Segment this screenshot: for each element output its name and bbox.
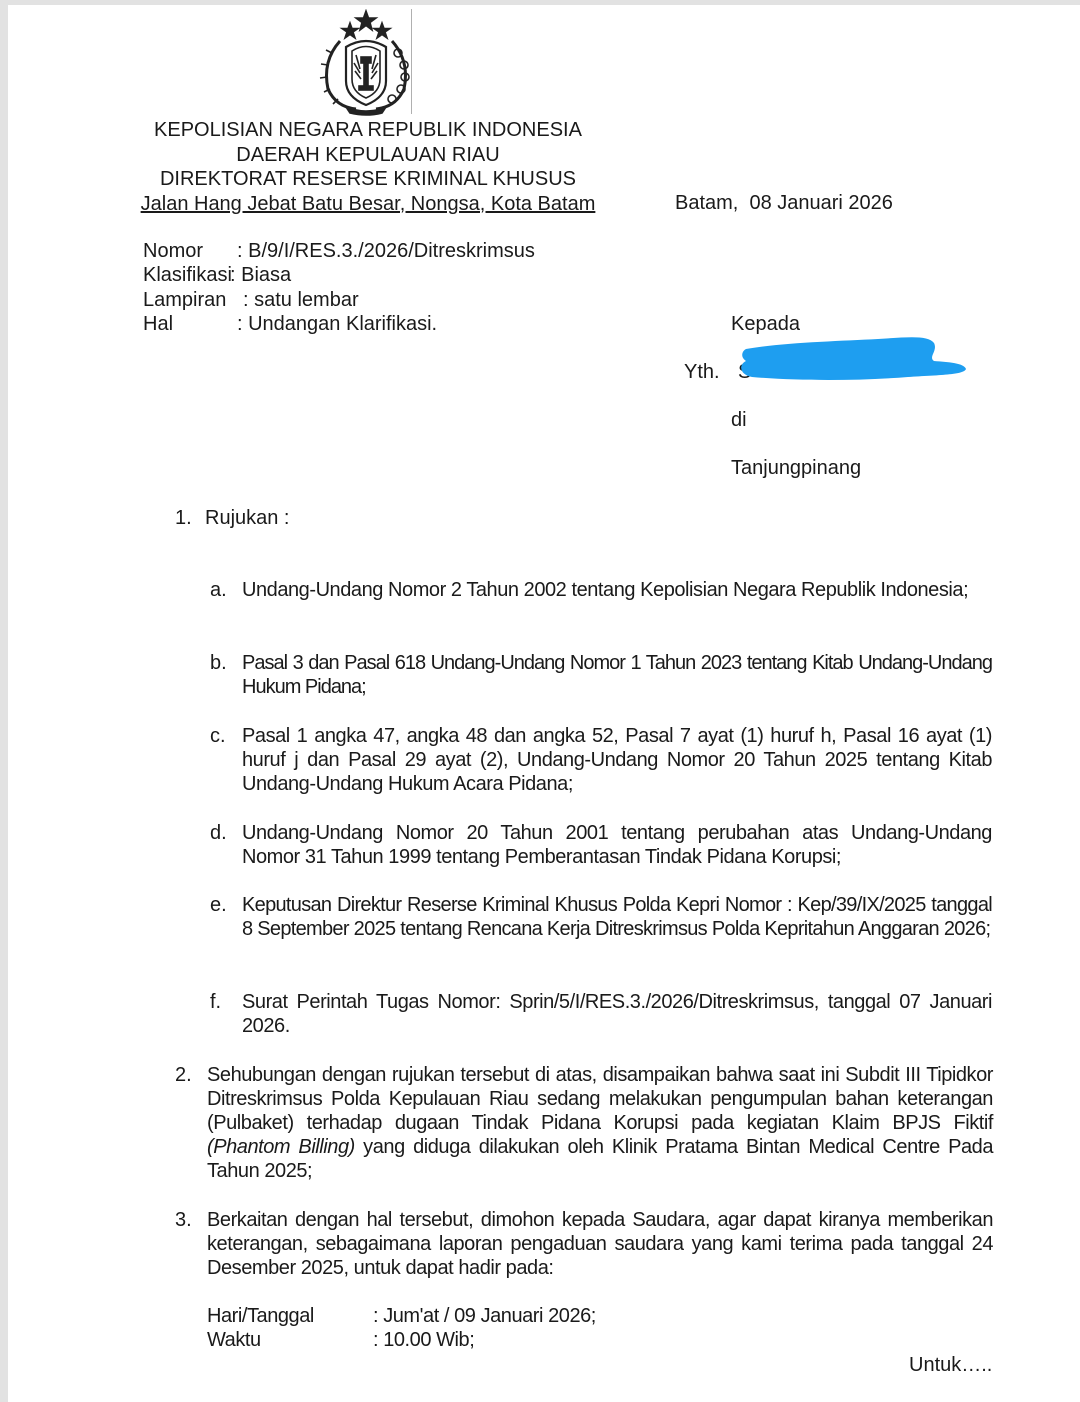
ref-b-marker: b. bbox=[210, 651, 227, 675]
ref-c-text: Pasal 1 angka 47, angka 48 dan angka 52,… bbox=[242, 724, 992, 796]
meta-label-lampiran: Lampiran bbox=[143, 288, 226, 312]
meta-label-hal: Hal bbox=[143, 312, 173, 336]
section-2-text-a: Sehubungan dengan rujukan tersebut di at… bbox=[207, 1064, 993, 1134]
schedule-value-date: : Jum'at / 09 Januari 2026; bbox=[373, 1304, 596, 1328]
letter-page: KEPOLISIAN NEGARA REPUBLIK INDONESIA DAE… bbox=[8, 5, 1080, 1402]
section-2-text: Sehubungan dengan rujukan tersebut di at… bbox=[207, 1063, 993, 1183]
place-date: Batam, 08 Januari 2026 bbox=[675, 191, 893, 215]
org-address: Jalan Hang Jebat Batu Besar, Nongsa, Kot… bbox=[138, 192, 598, 217]
schedule-value-time: : 10.00 Wib; bbox=[373, 1328, 474, 1352]
recipient-kepada: Kepada bbox=[731, 312, 800, 336]
recipient-yth: Yth. bbox=[684, 360, 720, 384]
section-2-marker: 2. bbox=[175, 1063, 192, 1087]
meta-label-nomor: Nomor bbox=[143, 239, 203, 263]
recipient-name-redaction bbox=[738, 335, 968, 383]
section-2-italic: (Phantom Billing) bbox=[207, 1136, 355, 1158]
ref-e-text: Keputusan Direktur Reserse Kriminal Khus… bbox=[242, 893, 992, 941]
org-name-line-3: DIREKTORAT RESERSE KRIMINAL KHUSUS bbox=[138, 167, 598, 192]
recipient-city: Tanjungpinang bbox=[731, 456, 861, 480]
meta-value-klasifikasi: : Biasa bbox=[230, 263, 291, 287]
meta-value-nomor: : B/9/I/RES.3./2026/Ditreskrimsus bbox=[237, 239, 535, 263]
police-emblem-icon bbox=[306, 9, 426, 117]
schedule-label-date: Hari/Tanggal bbox=[207, 1304, 314, 1328]
ref-f-marker: f. bbox=[210, 990, 221, 1014]
recipient-di: di bbox=[731, 408, 747, 432]
ref-d-marker: d. bbox=[210, 821, 227, 845]
ref-f-text: Surat Perintah Tugas Nomor: Sprin/5/I/RE… bbox=[242, 990, 992, 1038]
meta-value-hal: : Undangan Klarifikasi. bbox=[237, 312, 437, 336]
meta-label-klasifikasi: Klasifikasi bbox=[143, 263, 232, 287]
section-3-marker: 3. bbox=[175, 1208, 192, 1232]
continuation-marker: Untuk….. bbox=[909, 1353, 992, 1377]
section-1-title: Rujukan : bbox=[205, 506, 290, 530]
ref-a-marker: a. bbox=[210, 578, 227, 602]
meta-value-lampiran: : satu lembar bbox=[243, 288, 359, 312]
ref-c-marker: c. bbox=[210, 724, 226, 748]
ref-d-text: Undang-Undang Nomor 20 Tahun 2001 tentan… bbox=[242, 821, 992, 869]
org-name-line-1: KEPOLISIAN NEGARA REPUBLIK INDONESIA bbox=[138, 118, 598, 143]
fold-line bbox=[411, 9, 412, 114]
org-name-line-2: DAERAH KEPULAUAN RIAU bbox=[138, 143, 598, 168]
ref-a-text: Undang-Undang Nomor 2 Tahun 2002 tentang… bbox=[242, 578, 992, 602]
ref-b-text: Pasal 3 dan Pasal 618 Undang-Undang Nomo… bbox=[242, 651, 992, 699]
ref-e-marker: e. bbox=[210, 893, 227, 917]
section-1-marker: 1. bbox=[175, 506, 192, 530]
section-3-text: Berkaitan dengan hal tersebut, dimohon k… bbox=[207, 1208, 993, 1280]
schedule-label-time: Waktu bbox=[207, 1328, 261, 1352]
